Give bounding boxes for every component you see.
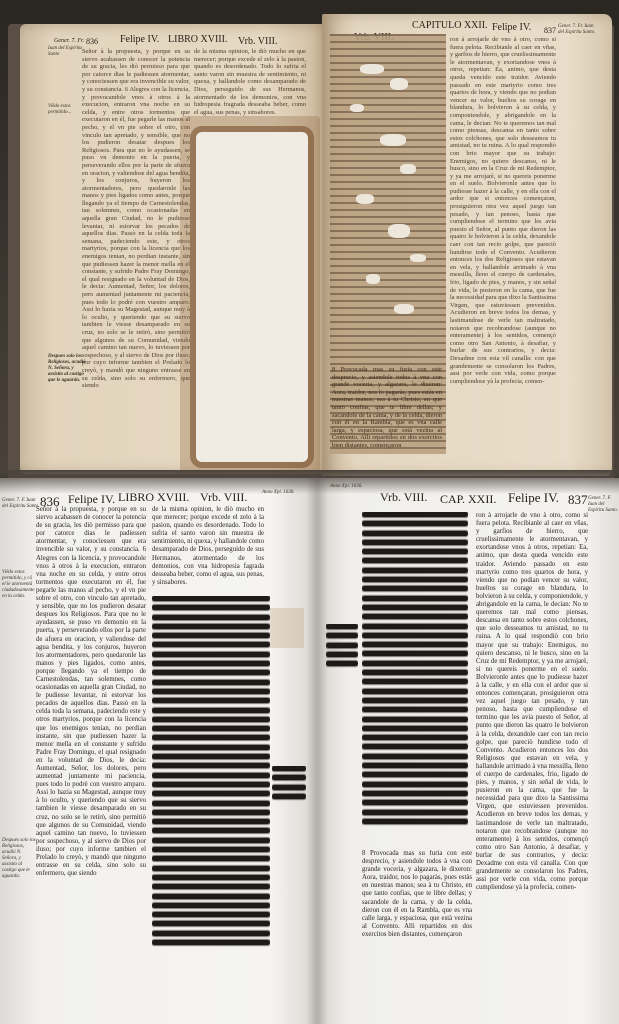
- running-title: LIBRO XVIII.: [168, 34, 227, 45]
- text-column: ron à arrojarle de vno à otro, como si f…: [450, 36, 556, 468]
- margin-note: Viẽdo estos permitido, y cõ el le atorme…: [2, 570, 36, 600]
- redacted-block: [152, 596, 270, 956]
- text-column: Señor à la propuesta, y porque en su sie…: [36, 506, 146, 986]
- bottom-book-right-page: Anno Xpi. 1630. Vrb. VIII. CAP. XXII. Fe…: [318, 478, 619, 1024]
- text-column: ron à arrojarle de vno à otro, como si f…: [476, 512, 588, 1010]
- redacted-margin-note: [272, 766, 306, 808]
- header-margin: Gener. 7. Fr.: [54, 38, 84, 44]
- page-number: 837: [544, 26, 556, 35]
- top-book-right-page: Vrb. VIII. CAPITULO XXII. Felipe IV. 837…: [322, 14, 612, 476]
- redacted-margin-note: [326, 624, 358, 674]
- torn-out-region: [196, 132, 308, 462]
- running-title: Vrb. VIII.: [238, 36, 277, 47]
- text-column: 8 Provocada mas su furia con este despre…: [362, 850, 472, 1010]
- top-book: Gener. 7. Fr. 836 Felipe IV. LIBRO XVIII…: [8, 14, 614, 484]
- running-title: Felipe IV.: [492, 22, 531, 33]
- shadow: [0, 470, 619, 494]
- text-column: 8 Provocada mas su furia con este despre…: [332, 366, 442, 466]
- running-title: CAP. XXII.: [440, 492, 496, 507]
- margin-note: Gener. 7. F. Iuan del Espiritu Santo.: [588, 496, 618, 514]
- running-title: CAPITULO XXII.: [412, 20, 488, 31]
- redacted-block: [362, 512, 468, 842]
- page-number: 836: [86, 37, 98, 46]
- page-number: 837: [568, 492, 588, 508]
- bottom-book-left-page: Gener. 7. F. Iuan del Espiritu Santo. 83…: [0, 478, 318, 1024]
- running-title: Felipe IV.: [68, 492, 115, 507]
- book-gutter: [306, 478, 328, 1024]
- margin-note: Despues solo los Religiosos, acudió N. S…: [2, 838, 36, 880]
- text-column: de la misma opinion, le diò mucho en que…: [152, 506, 264, 592]
- bleed-through-stain: [270, 608, 304, 648]
- text-column: Señor à la propuesta, y porque en su sie…: [82, 48, 190, 424]
- margin-note: Gener. 7. Fr. Iuan del Espiritu Santo.: [558, 24, 600, 36]
- top-book-left-page: Gener. 7. Fr. 836 Felipe IV. LIBRO XVIII…: [20, 24, 330, 474]
- running-title: Felipe IV.: [120, 34, 159, 45]
- bottom-book: Gener. 7. F. Iuan del Espiritu Santo. 83…: [0, 470, 619, 1024]
- margin-note: Gener. 7. F. Iuan del Espiritu Santo.: [2, 498, 40, 510]
